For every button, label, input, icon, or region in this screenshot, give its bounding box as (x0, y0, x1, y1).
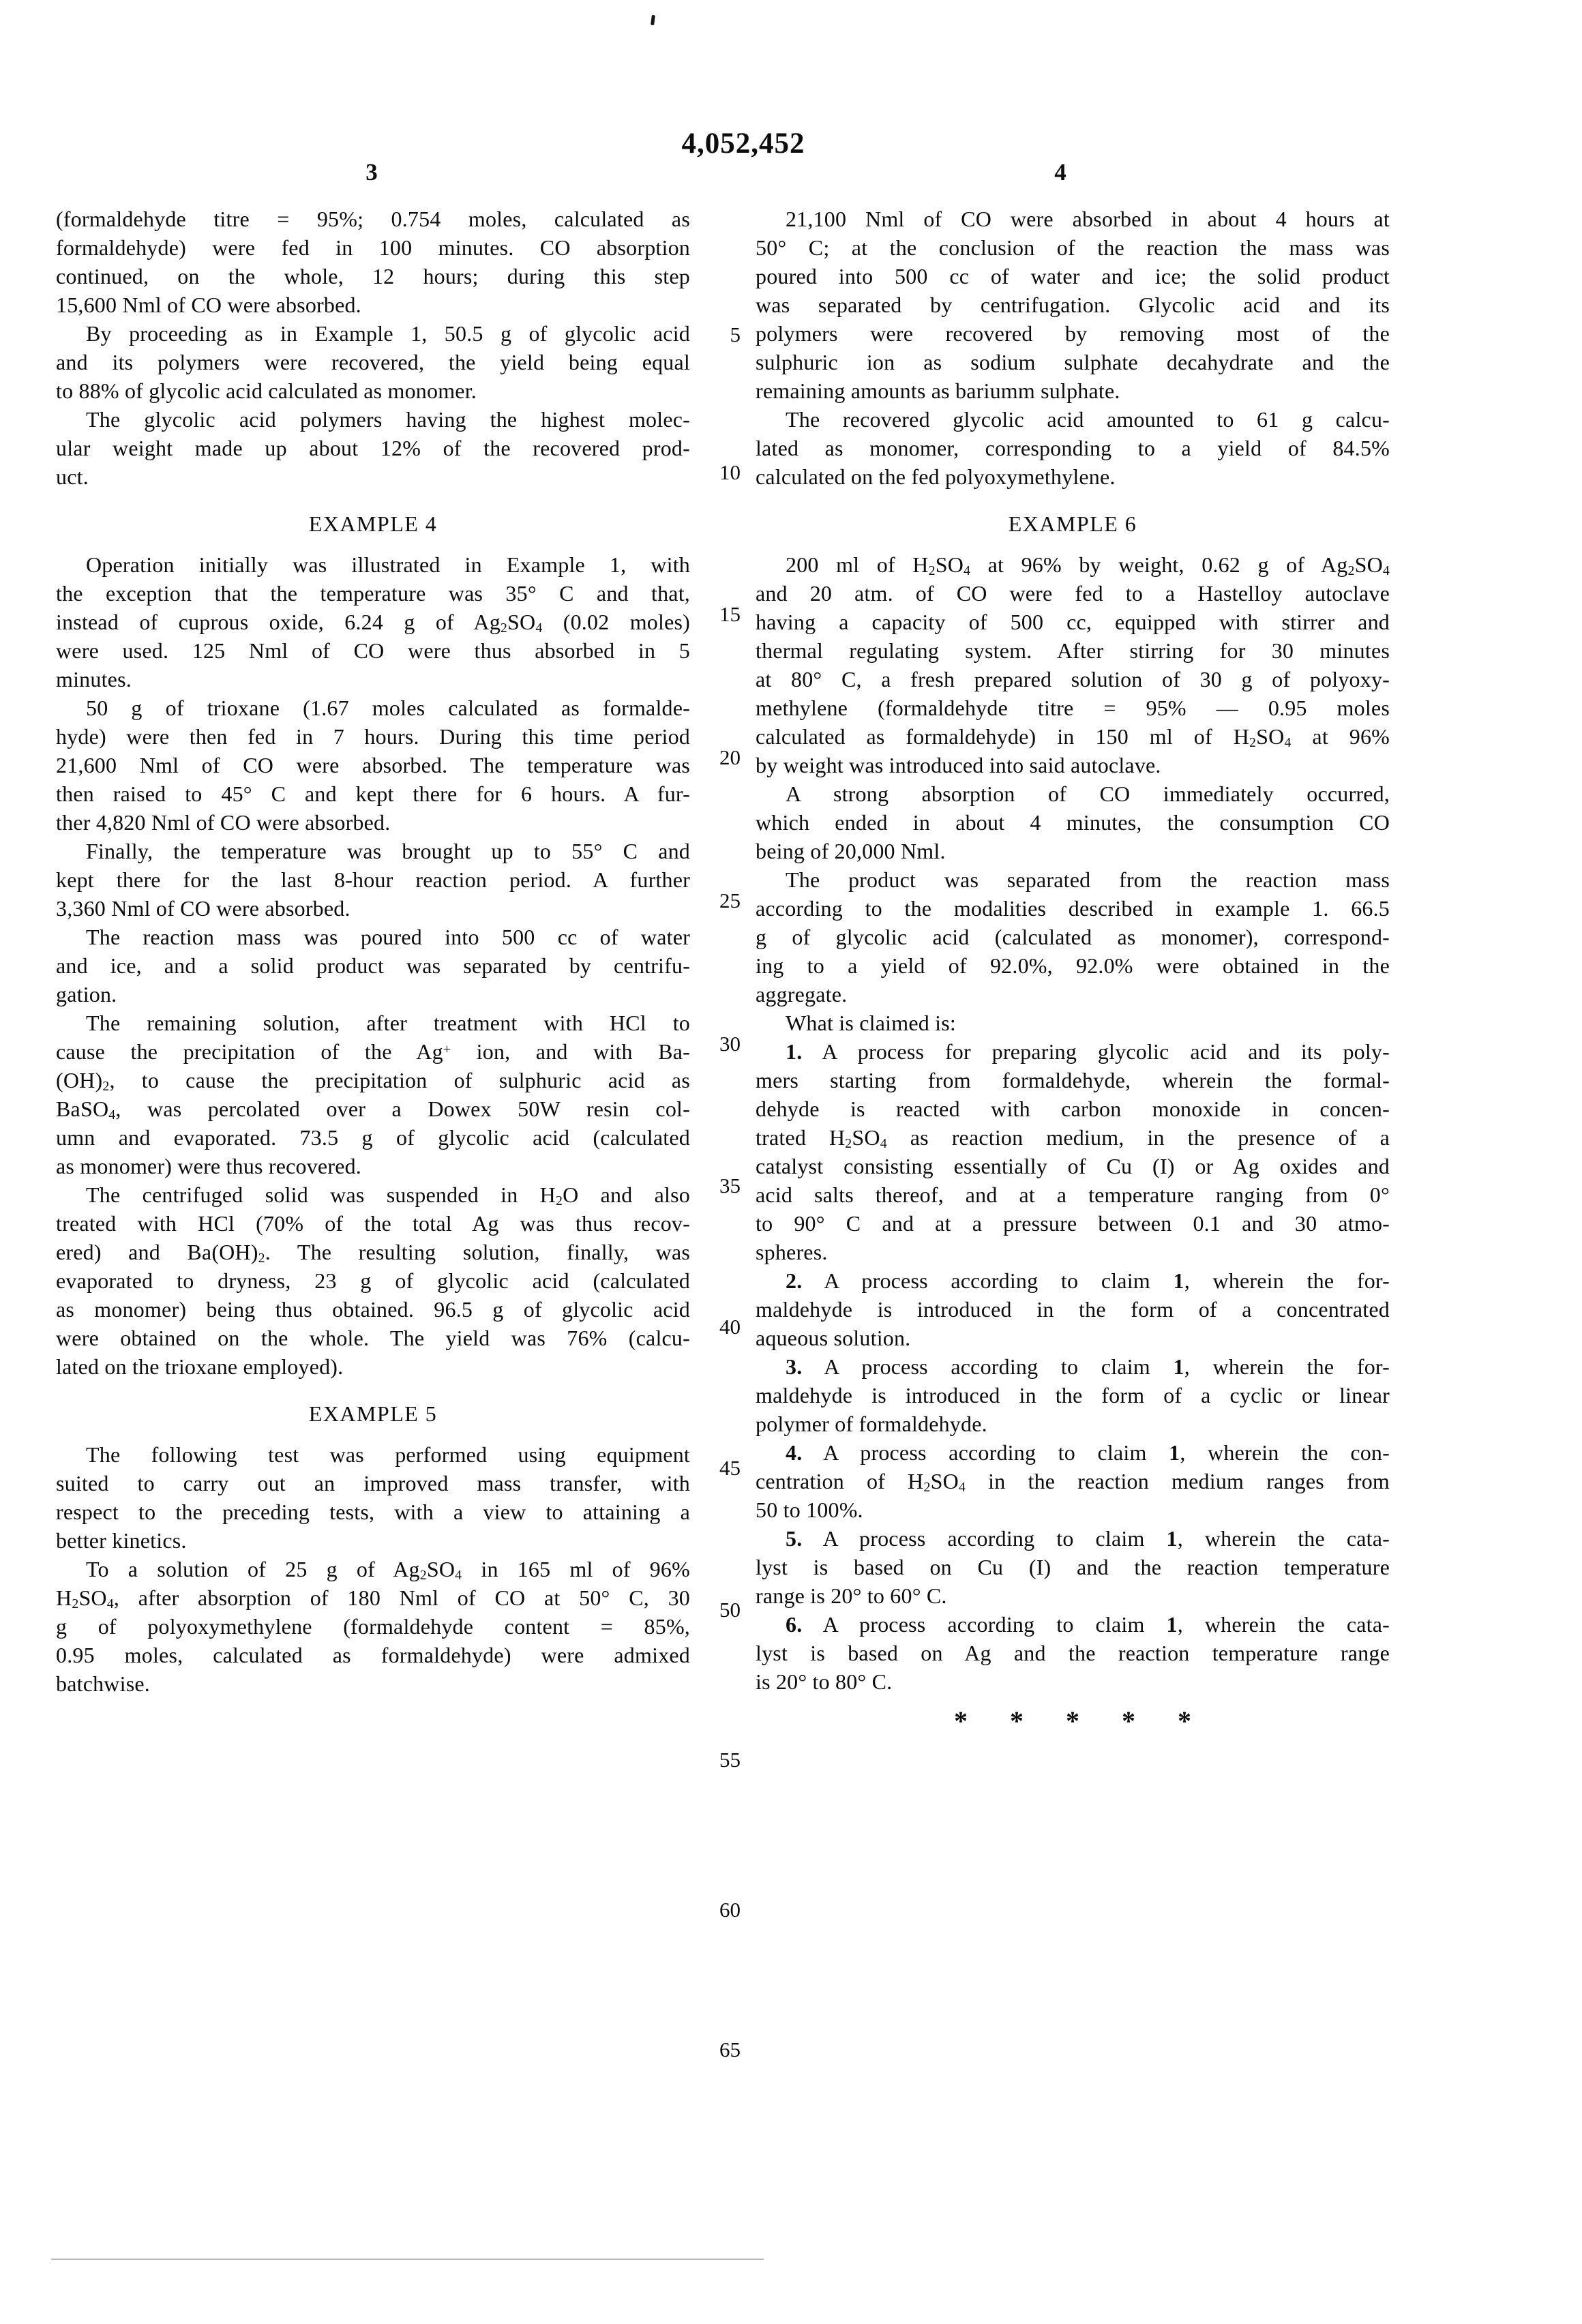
gutter-line-number: 25 (682, 887, 741, 915)
end-of-claims-asterisks: * * * * * (756, 1707, 1390, 1735)
text-line: acid salts thereof, and at a temperature… (756, 1180, 1390, 1209)
text-line: instead of cuprous oxide, 6.24 g of Ag2S… (56, 608, 690, 636)
text-line: ular weight made up about 12% of the rec… (56, 434, 690, 462)
text-line: poured into 500 cc of water and ice; the… (756, 262, 1390, 290)
text-line: The centrifuged solid was suspended in H… (56, 1180, 690, 1209)
text-line: methylene (formaldehyde titre = 95% — 0.… (756, 694, 1390, 722)
text-line: By proceeding as in Example 1, 50.5 g of… (56, 319, 690, 348)
text-line: The remaining solution, after treatment … (56, 1009, 690, 1037)
gutter-line-number: 20 (682, 743, 741, 772)
example-heading: EXAMPLE 5 (56, 1399, 690, 1428)
text-line: 200 ml of H2SO4 at 96% by weight, 0.62 g… (756, 550, 1390, 579)
text-line: Finally, the temperature was brought up … (56, 837, 690, 865)
text-line: were used. 125 Nml of CO were thus absor… (56, 636, 690, 665)
text-line: formaldehyde) were fed in 100 minutes. C… (56, 233, 690, 262)
text-line: lyst is based on Cu (I) and the reaction… (756, 1553, 1390, 1581)
text-line: The glycolic acid polymers having the hi… (56, 405, 690, 434)
text-line: being of 20,000 Nml. (756, 837, 1390, 865)
text-line: 21,600 Nml of CO were absorbed. The temp… (56, 751, 690, 779)
gutter-line-number: 45 (682, 1454, 741, 1483)
text-line: kept there for the last 8-hour reaction … (56, 865, 690, 894)
text-line: as monomer) were thus recovered. (56, 1152, 690, 1180)
text-line: g of polyoxymethylene (formaldehyde cont… (56, 1612, 690, 1641)
gutter-line-number: 10 (682, 458, 741, 487)
text-line: 50° C; at the conclusion of the reaction… (756, 233, 1390, 262)
text-line: 50 g of trioxane (1.67 moles calculated … (56, 694, 690, 722)
text-line: as monomer) being thus obtained. 96.5 g … (56, 1295, 690, 1324)
text-line: 21,100 Nml of CO were absorbed in about … (756, 205, 1390, 233)
left-text-column: (formaldehyde titre = 95%; 0.754 moles, … (56, 205, 690, 1698)
text-line: ther 4,820 Nml of CO were absorbed. (56, 808, 690, 837)
text-line: at 80° C, a fresh prepared solution of 3… (756, 665, 1390, 694)
text-line: lated as monomer, corresponding to a yie… (756, 434, 1390, 462)
text-line: aggregate. (756, 980, 1390, 1009)
text-line: The recovered glycolic acid amounted to … (756, 405, 1390, 434)
scan-bottom-line (51, 2259, 764, 2260)
text-line: having a capacity of 500 cc, equipped wi… (756, 608, 1390, 636)
text-line: mers starting from formaldehyde, wherein… (756, 1066, 1390, 1094)
text-line: spheres. (756, 1238, 1390, 1266)
text-line: (formaldehyde titre = 95%; 0.754 moles, … (56, 205, 690, 233)
text-line: A strong absorption of CO immediately oc… (756, 779, 1390, 808)
text-line: treated with HCl (70% of the total Ag wa… (56, 1209, 690, 1238)
text-line: evaporated to dryness, 23 g of glycolic … (56, 1266, 690, 1295)
text-line: cause the precipitation of the Ag+ ion, … (56, 1037, 690, 1066)
gutter-line-number: 40 (682, 1313, 741, 1341)
text-line: BaSO4, was percolated over a Dowex 50W r… (56, 1094, 690, 1123)
text-line: g of glycolic acid (calculated as monome… (756, 923, 1390, 951)
scan-speck (651, 15, 655, 25)
text-line: The following test was performed using e… (56, 1440, 690, 1469)
text-line: The reaction mass was poured into 500 cc… (56, 923, 690, 951)
text-line: sulphuric ion as sodium sulphate decahyd… (756, 348, 1390, 376)
text-line: by weight was introduced into said autoc… (756, 751, 1390, 779)
text-line: thermal regulating system. After stirrin… (756, 636, 1390, 665)
text-line: 1. A process for preparing glycolic acid… (756, 1037, 1390, 1066)
example-heading: EXAMPLE 4 (56, 509, 690, 538)
text-line: Operation initially was illustrated in E… (56, 550, 690, 579)
gutter-line-number: 5 (682, 321, 741, 349)
text-line: gation. (56, 980, 690, 1009)
text-line: then raised to 45° C and kept there for … (56, 779, 690, 808)
column-number-left: 3 (310, 159, 433, 186)
text-line: 50 to 100%. (756, 1495, 1390, 1524)
gutter-line-number: 50 (682, 1596, 741, 1624)
text-line: and ice, and a solid product was separat… (56, 951, 690, 980)
column-number-right: 4 (999, 159, 1122, 186)
text-line: dehyde is reacted with carbon monoxide i… (756, 1094, 1390, 1123)
text-line: hyde) were then fed in 7 hours. During t… (56, 722, 690, 751)
text-line: ered) and Ba(OH)2. The resulting solutio… (56, 1238, 690, 1266)
text-line: maldehyde is introduced in the form of a… (756, 1295, 1390, 1324)
text-line: lated on the trioxane employed). (56, 1352, 690, 1381)
text-line: according to the modalities described in… (756, 894, 1390, 923)
text-line: umn and evaporated. 73.5 g of glycolic a… (56, 1123, 690, 1152)
text-line: minutes. (56, 665, 690, 694)
patent-number: 4,052,452 (614, 127, 873, 160)
text-line: 2. A process according to claim 1, where… (756, 1266, 1390, 1295)
gutter-line-number: 35 (682, 1172, 741, 1200)
text-line: continued, on the whole, 12 hours; durin… (56, 262, 690, 290)
gutter-line-number: 55 (682, 1746, 741, 1774)
text-line: lyst is based on Ag and the reaction tem… (756, 1639, 1390, 1667)
text-line: centration of H2SO4 in the reaction medi… (756, 1467, 1390, 1495)
right-text-column: 21,100 Nml of CO were absorbed in about … (756, 205, 1390, 1731)
text-line: remaining amounts as bariumm sulphate. (756, 376, 1390, 405)
example-heading: EXAMPLE 6 (756, 509, 1390, 538)
text-line: calculated on the fed polyoxymethylene. (756, 462, 1390, 491)
text-line: respect to the preceding tests, with a v… (56, 1498, 690, 1526)
text-line: 4. A process according to claim 1, where… (756, 1438, 1390, 1467)
text-line: batchwise. (56, 1669, 690, 1698)
text-line: which ended in about 4 minutes, the cons… (756, 808, 1390, 837)
text-line: and its polymers were recovered, the yie… (56, 348, 690, 376)
text-line: catalyst consisting essentially of Cu (I… (756, 1152, 1390, 1180)
gutter-line-number: 30 (682, 1030, 741, 1058)
text-line: the exception that the temperature was 3… (56, 579, 690, 608)
text-line: 5. A process according to claim 1, where… (756, 1524, 1390, 1553)
text-line: better kinetics. (56, 1526, 690, 1555)
text-line: The product was separated from the react… (756, 865, 1390, 894)
text-line: 3,360 Nml of CO were absorbed. (56, 894, 690, 923)
text-line: uct. (56, 462, 690, 491)
text-line: maldehyde is introduced in the form of a… (756, 1381, 1390, 1410)
text-line: were obtained on the whole. The yield wa… (56, 1324, 690, 1352)
text-line: 15,600 Nml of CO were absorbed. (56, 290, 690, 319)
text-line: 6. A process according to claim 1, where… (756, 1610, 1390, 1639)
text-line: and 20 atm. of CO were fed to a Hastello… (756, 579, 1390, 608)
text-line: 0.95 moles, calculated as formaldehyde) … (56, 1641, 690, 1669)
gutter-line-number: 60 (682, 1896, 741, 1924)
text-line: polymers were recovered by removing most… (756, 319, 1390, 348)
text-line: To a solution of 25 g of Ag2SO4 in 165 m… (56, 1555, 690, 1583)
text-line: (OH)2, to cause the precipitation of sul… (56, 1066, 690, 1094)
text-line: trated H2SO4 as reaction medium, in the … (756, 1123, 1390, 1152)
text-line: was separated by centrifugation. Glycoli… (756, 290, 1390, 319)
gutter-line-number: 65 (682, 2036, 741, 2064)
text-line: aqueous solution. (756, 1324, 1390, 1352)
text-line: calculated as formaldehyde) in 150 ml of… (756, 722, 1390, 751)
text-line: polymer of formaldehyde. (756, 1410, 1390, 1438)
text-line: range is 20° to 60° C. (756, 1581, 1390, 1610)
text-line: ing to a yield of 92.0%, 92.0% were obta… (756, 951, 1390, 980)
text-line: What is claimed is: (756, 1009, 1390, 1037)
text-line: suited to carry out an improved mass tra… (56, 1469, 690, 1498)
text-line: H2SO4, after absorption of 180 Nml of CO… (56, 1583, 690, 1612)
text-line: is 20° to 80° C. (756, 1667, 1390, 1696)
text-line: to 88% of glycolic acid calculated as mo… (56, 376, 690, 405)
text-line: 3. A process according to claim 1, where… (756, 1352, 1390, 1381)
text-line: to 90° C and at a pressure between 0.1 a… (756, 1209, 1390, 1238)
gutter-line-number: 15 (682, 600, 741, 629)
